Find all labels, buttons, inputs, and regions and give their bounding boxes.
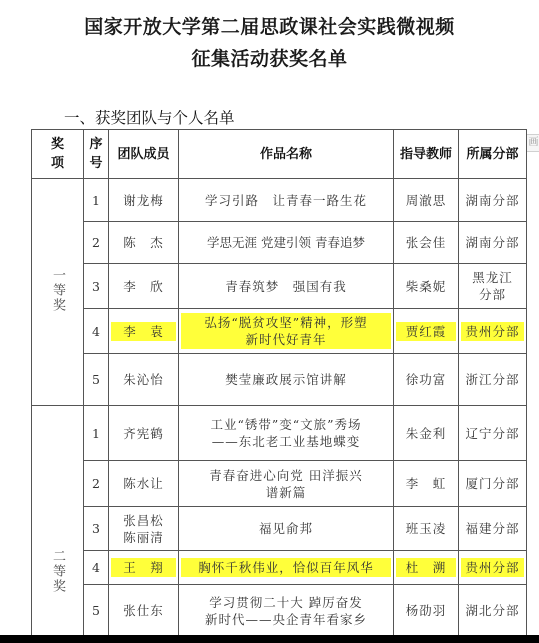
header-branch: 所属分部 xyxy=(459,130,527,179)
highlighted-advisor: 杜 溯 xyxy=(396,558,456,577)
award-cell-first-prize: 一等奖 xyxy=(32,179,84,406)
table-row: 2 陈水让 青春奋进心向党 田洋振兴 谱新篇 李 虹 厦门分部 xyxy=(32,461,527,507)
advisor-cell: 张会佳 xyxy=(394,222,459,264)
highlighted-members: 王 翔 xyxy=(111,558,176,577)
members-cell: 张仕东 xyxy=(109,585,179,637)
advisor-cell: 朱金利 xyxy=(394,406,459,461)
members-cell: 李 欣 xyxy=(109,264,179,309)
members-cell: 谢龙梅 xyxy=(109,179,179,222)
work-title-line-2: 新时代——央企青年看家乡 xyxy=(179,611,393,628)
seq-cell: 1 xyxy=(84,406,109,461)
members-cell: 王 翔 xyxy=(109,551,179,585)
members-cell: 张昌松 陈丽清 xyxy=(109,507,179,551)
document-page: 国家开放大学第二届思政课社会实践微视频 征集活动获奖名单 一、获奖团队与个人名单… xyxy=(0,0,539,643)
table-row: 5 朱沁怡 樊莹廉政展示馆讲解 徐功富 浙江分部 xyxy=(32,354,527,406)
branch-cell: 贵州分部 xyxy=(459,309,527,354)
work-title-line-2: 谱新篇 xyxy=(179,484,393,501)
seq-cell: 4 xyxy=(84,309,109,354)
seq-cell: 3 xyxy=(84,264,109,309)
table-row: 5 张仕东 学习贯彻二十大 踔厉奋发 新时代——央企青年看家乡 杨劭羽 湖北分部 xyxy=(32,585,527,637)
branch-line-1: 黑龙江 xyxy=(459,269,526,286)
table-row: 二等奖 1 齐宪鹤 工业“锈带”变“文旅”秀场 ——东北老工业基地蝶变 朱金利 … xyxy=(32,406,527,461)
member-1: 张昌松 xyxy=(109,512,178,529)
header-advisor: 指导教师 xyxy=(394,130,459,179)
document-title-line-2: 征集活动获奖名单 xyxy=(0,44,539,71)
side-panel-toggle-icon[interactable]: 画 xyxy=(526,134,539,152)
table-row-highlighted: 4 王 翔 胸怀千秋伟业，恰似百年风华 杜 溯 贵州分部 xyxy=(32,551,527,585)
work-title-cell: 学思无涯 党建引领 青春追梦 xyxy=(179,222,394,264)
advisor-cell: 李 虹 xyxy=(394,461,459,507)
header-members: 团队成员 xyxy=(109,130,179,179)
award-cell-second-prize: 二等奖 xyxy=(32,406,84,637)
seq-cell: 5 xyxy=(84,585,109,637)
highlighted-members: 李 袁 xyxy=(111,322,176,341)
table-row: 3 李 欣 青春筑梦 强国有我 柴桑妮 黑龙江 分部 xyxy=(32,264,527,309)
advisor-cell: 柴桑妮 xyxy=(394,264,459,309)
table-header-row: 奖项 序号 团队成员 作品名称 指导教师 所属分部 xyxy=(32,130,527,179)
work-title-line-1: 工业“锈带”变“文旅”秀场 xyxy=(179,416,393,433)
work-title-cell: 胸怀千秋伟业，恰似百年风华 xyxy=(179,551,394,585)
work-title-cell: 学习贯彻二十大 踔厉奋发 新时代——央企青年看家乡 xyxy=(179,585,394,637)
table-row-highlighted: 4 李 袁 弘扬“脱贫攻坚”精神，形塑 新时代好青年 贾红霞 贵州分部 xyxy=(32,309,527,354)
branch-cell: 浙江分部 xyxy=(459,354,527,406)
work-title-line-1: 学习贯彻二十大 踔厉奋发 xyxy=(179,594,393,611)
section-heading: 一、获奖团队与个人名单 xyxy=(64,106,235,128)
work-title-cell: 工业“锈带”变“文旅”秀场 ——东北老工业基地蝶变 xyxy=(179,406,394,461)
advisor-cell: 杜 溯 xyxy=(394,551,459,585)
header-work-title: 作品名称 xyxy=(179,130,394,179)
seq-cell: 2 xyxy=(84,461,109,507)
members-cell: 陈水让 xyxy=(109,461,179,507)
work-title-line-1: 青春奋进心向党 田洋振兴 xyxy=(179,467,393,484)
members-cell: 朱沁怡 xyxy=(109,354,179,406)
members-cell: 李 袁 xyxy=(109,309,179,354)
highlighted-branch: 贵州分部 xyxy=(461,558,524,577)
header-seq: 序号 xyxy=(84,130,109,179)
branch-cell: 黑龙江 分部 xyxy=(459,264,527,309)
highlighted-work-title: 弘扬“脱贫攻坚”精神，形塑 新时代好青年 xyxy=(181,313,391,349)
seq-cell: 4 xyxy=(84,551,109,585)
advisor-cell: 徐功富 xyxy=(394,354,459,406)
highlighted-advisor: 贾红霞 xyxy=(396,322,456,341)
highlighted-work-title: 胸怀千秋伟业，恰似百年风华 xyxy=(181,558,391,577)
work-title-cell: 福见俞邦 xyxy=(179,507,394,551)
seq-cell: 1 xyxy=(84,179,109,222)
branch-cell: 福建分部 xyxy=(459,507,527,551)
table-row: 3 张昌松 陈丽清 福见俞邦 班玉凌 福建分部 xyxy=(32,507,527,551)
advisor-cell: 杨劭羽 xyxy=(394,585,459,637)
advisor-cell: 班玉凌 xyxy=(394,507,459,551)
document-title-line-1: 国家开放大学第二届思政课社会实践微视频 xyxy=(0,12,539,39)
branch-cell: 厦门分部 xyxy=(459,461,527,507)
work-title-cell: 青春筑梦 强国有我 xyxy=(179,264,394,309)
work-title-cell: 学习引路 让青春一路生花 xyxy=(179,179,394,222)
table-row: 2 陈 杰 学思无涯 党建引领 青春追梦 张会佳 湖南分部 xyxy=(32,222,527,264)
seq-cell: 3 xyxy=(84,507,109,551)
member-2: 陈丽清 xyxy=(109,529,178,546)
table-row: 一等奖 1 谢龙梅 学习引路 让青春一路生花 周澈思 湖南分部 xyxy=(32,179,527,222)
branch-cell: 辽宁分部 xyxy=(459,406,527,461)
bottom-edge-bar xyxy=(0,635,539,643)
seq-cell: 5 xyxy=(84,354,109,406)
members-cell: 齐宪鹤 xyxy=(109,406,179,461)
work-title-cell: 弘扬“脱贫攻坚”精神，形塑 新时代好青年 xyxy=(179,309,394,354)
awards-table: 奖项 序号 团队成员 作品名称 指导教师 所属分部 一等奖 1 谢龙梅 学习引路… xyxy=(31,129,527,637)
seq-cell: 2 xyxy=(84,222,109,264)
advisor-cell: 周澈思 xyxy=(394,179,459,222)
work-title-line-2: ——东北老工业基地蝶变 xyxy=(179,433,393,450)
branch-cell: 湖北分部 xyxy=(459,585,527,637)
highlighted-branch: 贵州分部 xyxy=(461,322,524,341)
work-title-cell: 青春奋进心向党 田洋振兴 谱新篇 xyxy=(179,461,394,507)
advisor-cell: 贾红霞 xyxy=(394,309,459,354)
branch-cell: 湖南分部 xyxy=(459,179,527,222)
branch-cell: 湖南分部 xyxy=(459,222,527,264)
members-cell: 陈 杰 xyxy=(109,222,179,264)
branch-cell: 贵州分部 xyxy=(459,551,527,585)
work-title-cell: 樊莹廉政展示馆讲解 xyxy=(179,354,394,406)
branch-line-2: 分部 xyxy=(459,286,526,303)
header-award: 奖项 xyxy=(32,130,84,179)
